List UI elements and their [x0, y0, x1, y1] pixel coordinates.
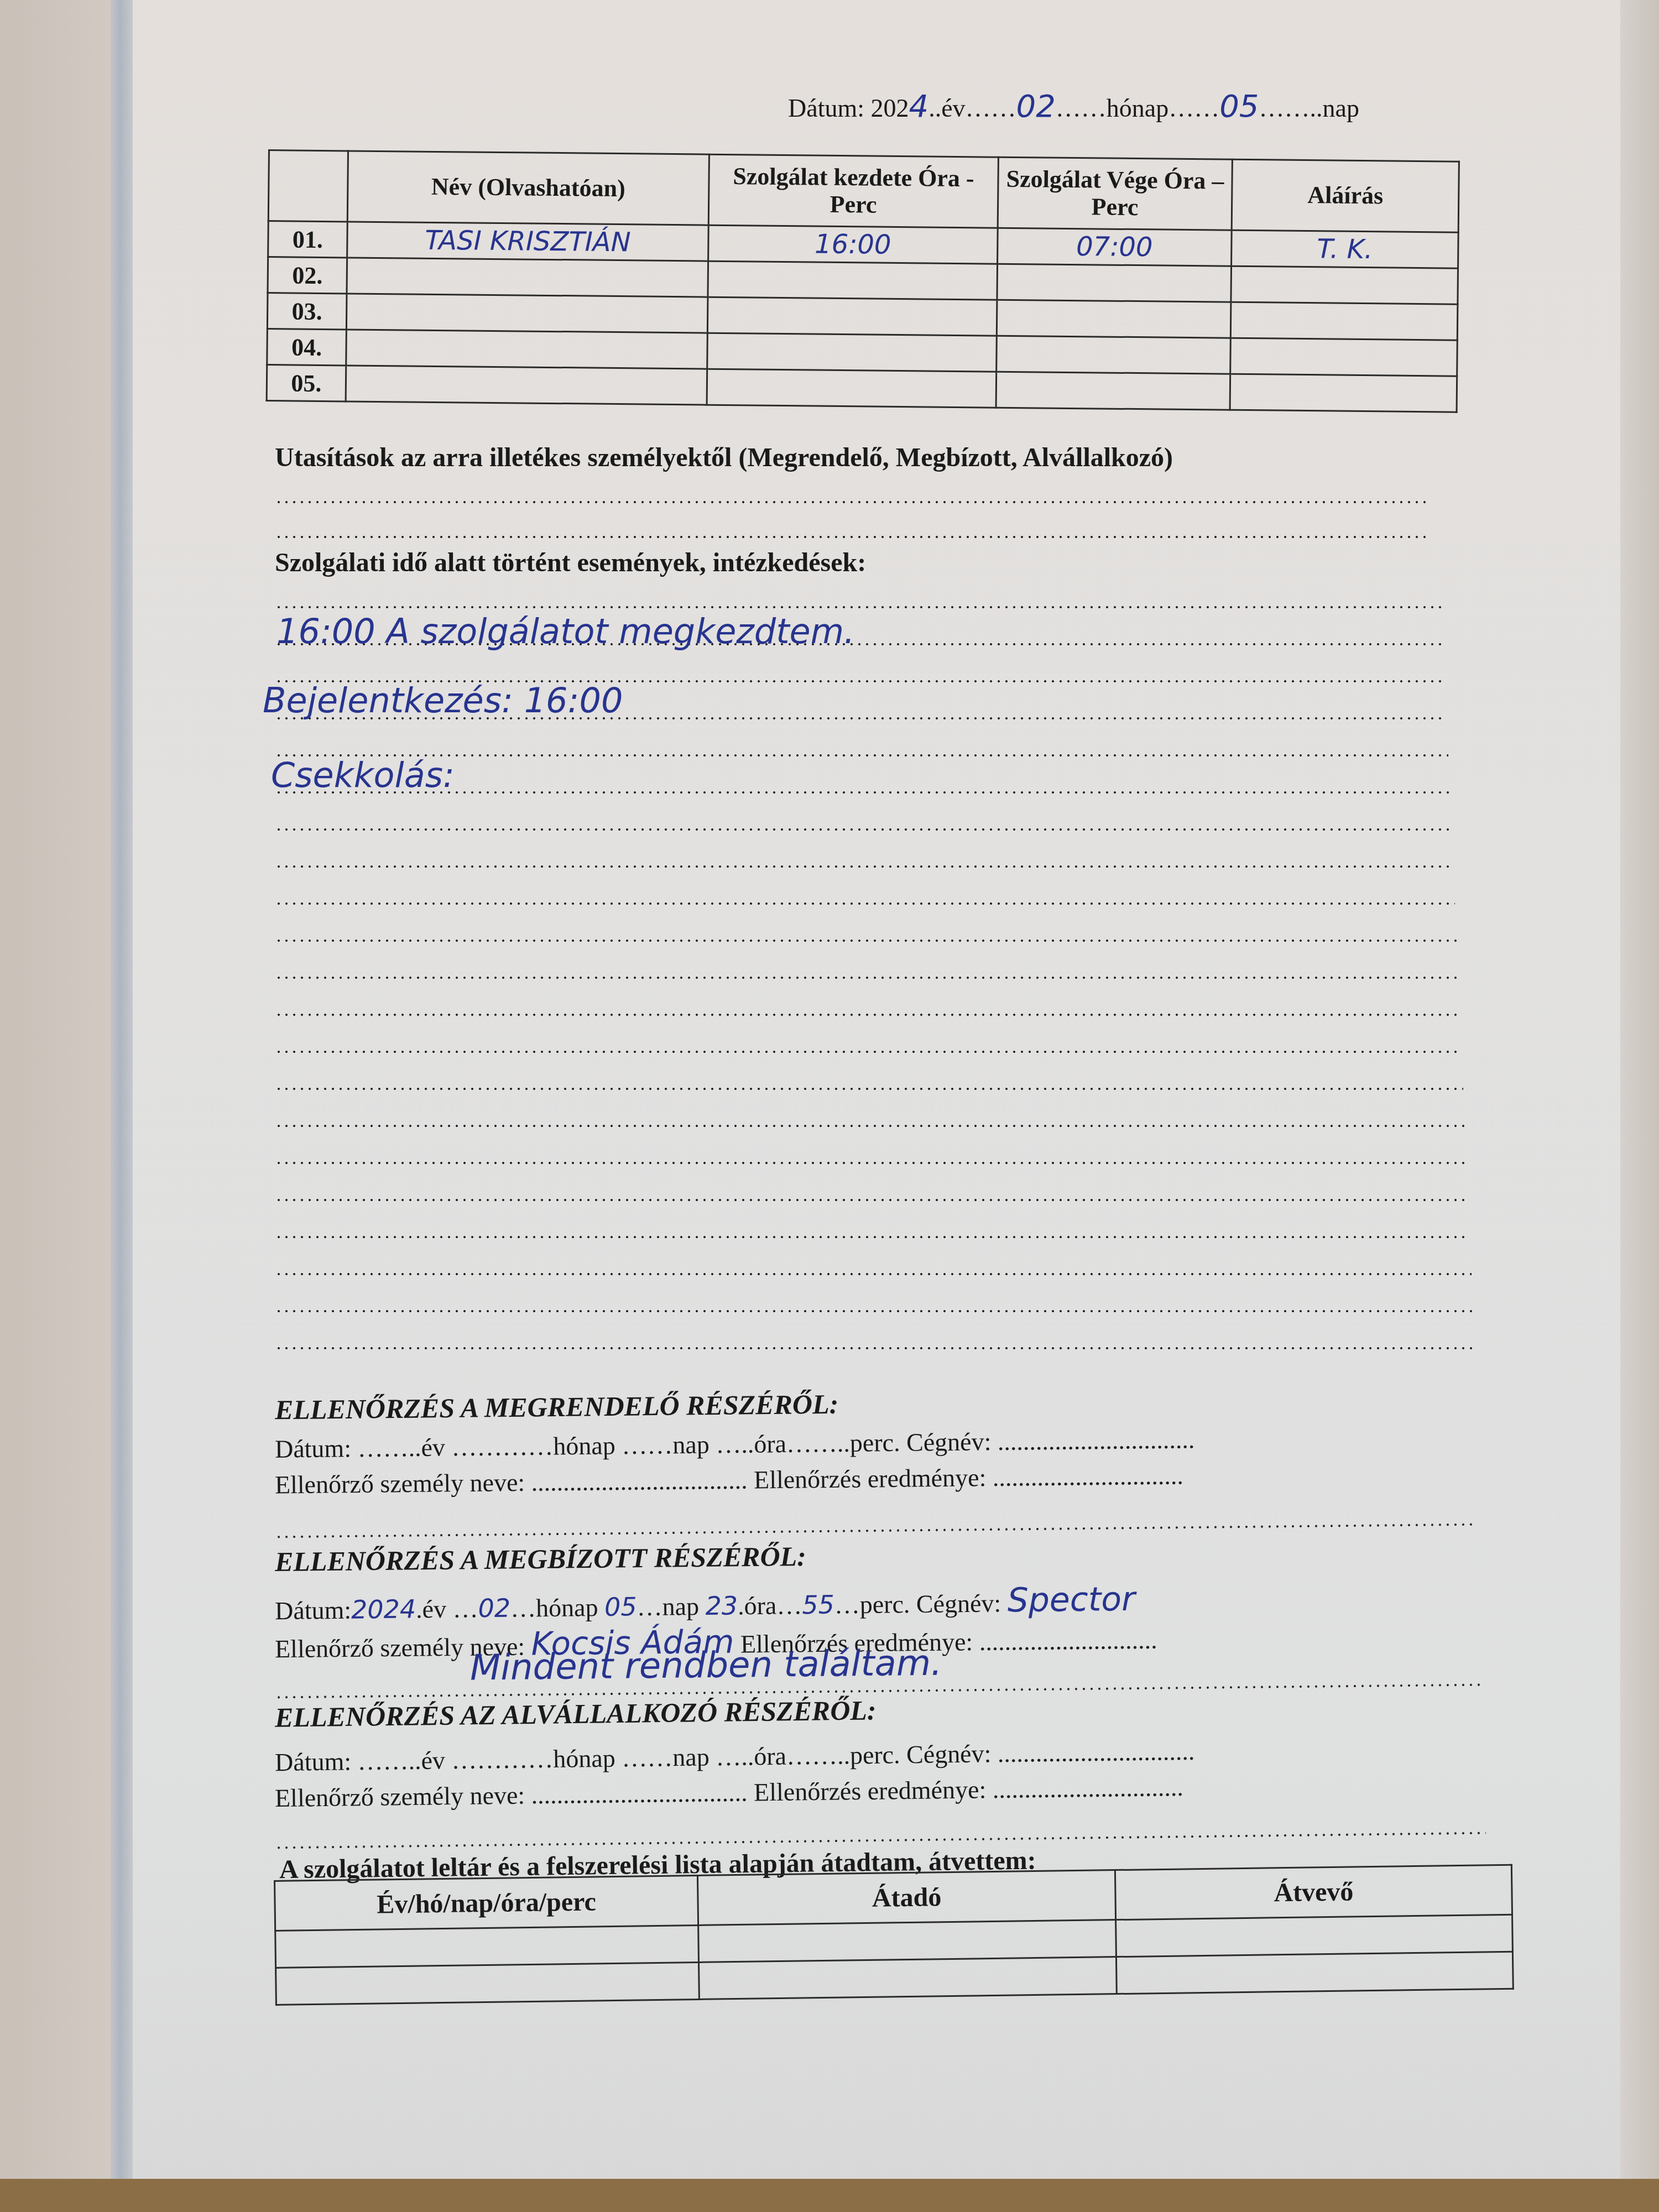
event-line[interactable] [275, 976, 1458, 979]
roster-start[interactable] [708, 261, 998, 300]
header-date: Dátum: 2024..év……02……hónap……05……..nap [788, 88, 1359, 124]
event-line[interactable] [275, 902, 1455, 905]
event-line[interactable] [275, 1161, 1467, 1165]
event-line[interactable] [275, 1310, 1473, 1313]
instructions-title: Utasítások az arra illetékes személyektő… [275, 442, 1173, 473]
handover-receiver-cell[interactable] [1116, 1914, 1513, 1957]
instructions-line-1[interactable] [275, 500, 1431, 504]
roster-end[interactable]: 07:00 [998, 228, 1232, 266]
check-client-title: ELLENŐRZÉS A MEGRENDELŐ RÉSZÉRŐL: [275, 1388, 839, 1426]
event-line[interactable] [275, 1198, 1468, 1202]
roster-start[interactable] [707, 333, 997, 372]
check-agent-hour[interactable]: 23 [705, 1590, 738, 1621]
event-line[interactable] [275, 828, 1452, 831]
handover-header-giver: Átadó [697, 1870, 1115, 1926]
roster-end[interactable] [997, 300, 1231, 338]
event-line[interactable] [275, 1050, 1462, 1053]
check-agent-company[interactable]: Spector [1007, 1580, 1135, 1620]
desk-surface [0, 2179, 1659, 2212]
roster-num: 05. [267, 364, 346, 401]
event-line[interactable] [275, 865, 1453, 868]
event-entry-2[interactable]: Bejelentkezés: 16:00 [263, 680, 623, 721]
month-value[interactable]: 02 [1016, 88, 1056, 124]
roster-end[interactable] [997, 264, 1232, 302]
roster-start[interactable] [707, 297, 997, 336]
binding-gutter [111, 0, 133, 2212]
roster-name[interactable] [346, 294, 708, 333]
event-entry-1[interactable]: 16:00 A szolgálatot megkezdtem. [276, 611, 855, 651]
event-entry-3[interactable]: Csekkolás: [271, 755, 455, 795]
event-line[interactable] [275, 1124, 1465, 1128]
roster-name[interactable]: TASI KRISZTIÁN [347, 222, 709, 261]
event-line[interactable] [275, 1347, 1475, 1350]
check-agent-result[interactable]: Mindent rendben találtam. [470, 1643, 942, 1689]
handover-datetime-cell[interactable] [276, 1962, 700, 2005]
roster-table: Név (Olvashatóan) Szolgálat kezdete Óra … [266, 149, 1460, 413]
roster-name[interactable] [347, 258, 708, 297]
roster-num: 02. [268, 257, 347, 294]
instructions-line-2[interactable] [275, 535, 1431, 539]
handover-giver-cell[interactable] [698, 1920, 1117, 1963]
handover-table: Év/hó/nap/óra/perc Átadó Átvevő [274, 1864, 1514, 2006]
event-line[interactable] [275, 1087, 1463, 1091]
header-num [268, 150, 348, 222]
check-agent-year[interactable]: 2024 [351, 1594, 416, 1624]
event-line[interactable] [275, 939, 1457, 942]
roster-end[interactable] [996, 372, 1230, 410]
event-line[interactable] [275, 1013, 1460, 1016]
roster-name[interactable] [346, 330, 708, 369]
roster-num: 03. [267, 293, 347, 330]
handover-datetime-cell[interactable] [275, 1925, 699, 1968]
check-agent-month[interactable]: 02 [478, 1593, 510, 1624]
year-digit[interactable]: 4 [909, 88, 928, 124]
handover-receiver-cell[interactable] [1116, 1952, 1513, 1994]
roster-start[interactable]: 16:00 [708, 225, 998, 264]
event-line[interactable] [275, 606, 1442, 609]
roster-num: 01. [268, 221, 348, 258]
check-agent-minute[interactable]: 55 [802, 1590, 834, 1620]
header-signature: Aláírás [1232, 159, 1459, 232]
event-line[interactable] [275, 1235, 1470, 1239]
roster-signature[interactable] [1231, 266, 1458, 304]
roster-signature[interactable] [1230, 302, 1458, 340]
handover-header-receiver: Átvevő [1115, 1865, 1512, 1919]
roster-end[interactable] [997, 336, 1231, 374]
header-end: Szolgálat Vége Óra – Perc [998, 157, 1232, 230]
roster-signature[interactable] [1230, 338, 1458, 376]
events-title: Szolgálati idő alatt történt események, … [275, 547, 866, 578]
roster-num: 04. [267, 328, 347, 365]
roster-name[interactable] [346, 366, 707, 405]
handover-giver-cell[interactable] [699, 1957, 1117, 2000]
check-agent-title: ELLENŐRZÉS A MEGBÍZOTT RÉSZÉRŐL: [275, 1540, 806, 1578]
right-page-edge [1620, 0, 1659, 2212]
roster-start[interactable] [707, 369, 997, 408]
roster-signature[interactable]: T. K. [1232, 230, 1459, 268]
left-page-edge [0, 0, 119, 2212]
check-agent-day[interactable]: 05 [604, 1592, 637, 1622]
header-start: Szolgálat kezdete Óra - Perc [708, 154, 998, 228]
event-line[interactable] [275, 1272, 1472, 1276]
handover-header-datetime: Év/hó/nap/óra/perc [275, 1875, 698, 1931]
roster-signature[interactable] [1230, 374, 1457, 412]
header-name: Név (Olvashatóan) [347, 151, 709, 225]
day-value[interactable]: 05 [1219, 88, 1259, 124]
